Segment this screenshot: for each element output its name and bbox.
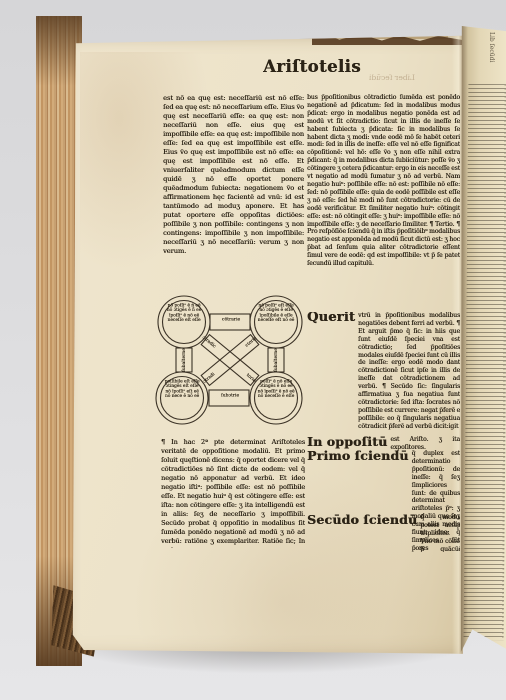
show-through-text: Liber ſecūdi [332, 73, 452, 82]
circle-necesse-non-esse: nō poſſiᵉ eſt eſſe nō ɔtigēs ē eſſe īpoſ… [254, 303, 298, 323]
quaeritur-paragraph: Querit vtrū in p̄poſitionibus modalibus … [307, 312, 460, 436]
left-column-text-upper: est nō ea quę est: neceſſariū est nō eſſ… [163, 94, 304, 272]
right-column-text: bus p̄poſitionibus cōtradictio ſumēda es… [307, 94, 460, 552]
circle-necesse-esse: nō poſſiᵉ ē ñ eē nō ɔtigēs ē ñ eē īpoſſi… [162, 303, 206, 323]
quaeritur-lemma: Querit [307, 312, 355, 324]
commentary-paragraph: bus p̄poſitionibus cōtradictio ſumēda es… [307, 94, 460, 312]
secundo-sciendum-paragraph: Secūdo ſciendū q̄ modus potest accipi tr… [307, 514, 460, 552]
band-subalterne-left: ſubalterne [182, 345, 187, 375]
page-top-worn-edge [312, 33, 464, 45]
facing-page-edge: Lib ſecūdi [458, 26, 506, 668]
in-oppositum-lemma: In oppoſitū [307, 436, 387, 448]
secundo-sciendum-lemma: Secūdo ſciendū [307, 514, 417, 526]
left-column-text-lower: ¶ In hac 2ª pte determinat Ariſtoteles v… [161, 438, 305, 548]
facing-page-header-fragment: Lib ſecūdi [488, 32, 495, 62]
facing-page-compressed-text [464, 84, 506, 640]
in-oppositum-paragraph: In oppoſitū est Ariſto. ʒ ita expoſitore… [307, 436, 460, 450]
band-subalterne-right: ſubalterne [274, 345, 279, 375]
book-photo: Lib ſecūdi Ariſtotelis Liber ſecūdi est … [0, 0, 506, 700]
band-subcontrarie: ſubɔtrie [210, 393, 250, 398]
band-contrarie: cōtrarie [211, 317, 251, 322]
fore-edge-worn-top [36, 16, 82, 86]
opposition-diagram: nō poſſiᵉ ē ñ eē nō ɔtigēs ē ñ eē īpoſſi… [152, 292, 308, 452]
circle-possibile-esse: poſſibile eſt eſſe ɔtingēs eſt eſſe nō ī… [160, 379, 204, 399]
primo-sciendum-paragraph: Primo ſciendū q̄ duplex est determinatio… [307, 450, 460, 514]
